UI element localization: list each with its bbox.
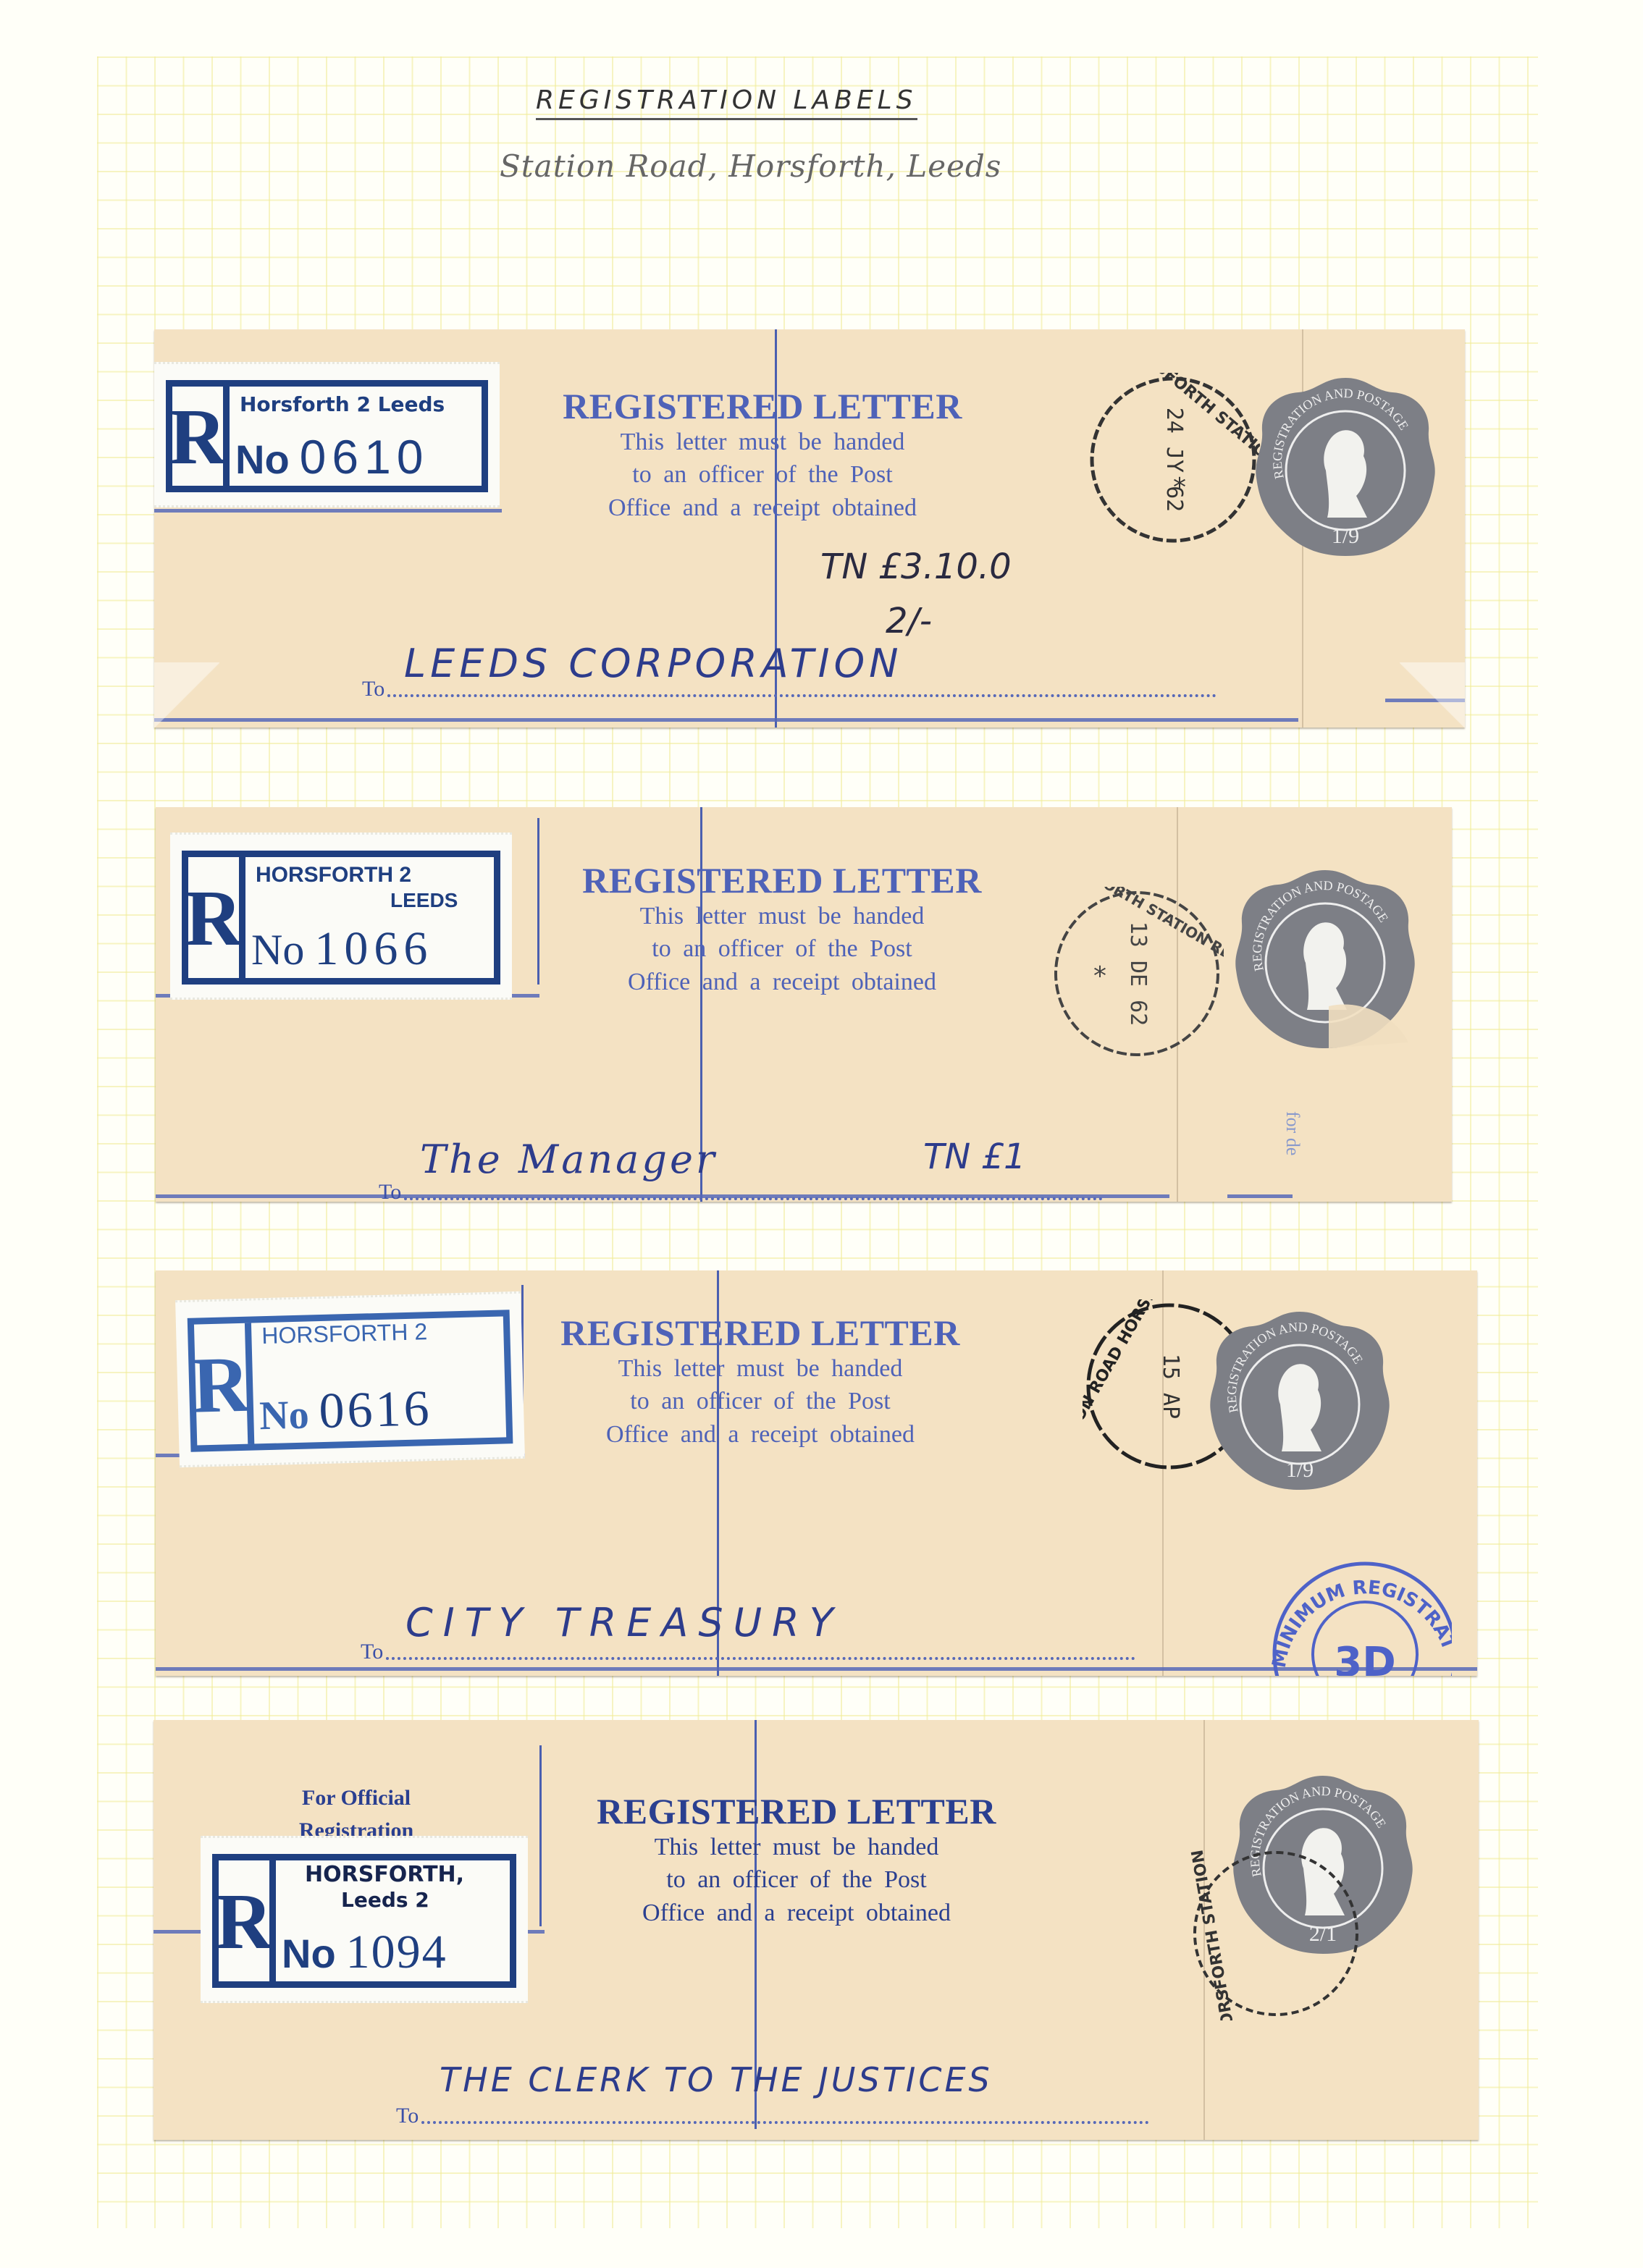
label-office: HORSFORTH, (305, 1862, 464, 1887)
notice-line-2: to an officer of the Post (558, 1385, 963, 1418)
label-number: 0610 (300, 429, 429, 484)
handwritten-fee: TN £3.10.0 (820, 547, 1012, 587)
notice-line-1: This letter must be handed (560, 426, 965, 459)
svg-text:15 AP: 15 AP (1158, 1354, 1183, 1419)
envelope-corner (154, 662, 219, 728)
notice-line-2: to an officer of the Post (560, 458, 965, 492)
notice-line-3: Office and a receipt obtained (579, 966, 985, 999)
label-no-prefix: No (259, 1392, 309, 1440)
notice-line-1: This letter must be handed (558, 1352, 963, 1386)
addressee: LEEDS CORPORATION (404, 641, 903, 686)
label-number: 0616 (319, 1380, 433, 1441)
minimum-registration-handstamp-icon: MINIMUM REGISTRATION 3D (1264, 1546, 1452, 1676)
label-number: 1094 (346, 1925, 447, 1980)
label-no-prefix: No (251, 925, 304, 975)
label-no-prefix: No (282, 1930, 336, 1977)
svg-text:*: * (1093, 961, 1106, 991)
notice-line-2: to an officer of the Post (594, 1863, 999, 1897)
label-r-mark: R (172, 387, 230, 486)
registered-letter-heading: REGISTERED LETTER (560, 387, 965, 426)
embossed-stamp-icon: 1/9 REGISTRATION AND POSTAGE (1202, 1303, 1398, 1498)
label-office: Horsforth 2 Leeds (240, 392, 445, 416)
registered-letter-notice: REGISTERED LETTER This letter must be ha… (560, 387, 965, 525)
notice-line-1: This letter must be handed (579, 900, 985, 933)
label-office-line-2: Leeds 2 (341, 1888, 429, 1912)
addressee: THE CLERK TO THE JUSTICES (440, 2060, 993, 2099)
envelope-corner (1400, 662, 1465, 728)
registered-letter-heading: REGISTERED LETTER (558, 1314, 963, 1352)
embossed-stamp-icon: REGISTRATION AND POSTAGE (1227, 861, 1423, 1057)
rule-line (154, 718, 1298, 722)
registration-label: R HORSFORTH 2 No 0616 (175, 1291, 525, 1467)
notice-line-3: Office and a receipt obtained (560, 492, 965, 525)
label-no-prefix: No (235, 436, 290, 483)
svg-text:*: * (1173, 473, 1186, 502)
registration-label: R HORSFORTH 2 LEEDS No 1066 (170, 832, 512, 1000)
svg-text:3D: 3D (1334, 1639, 1395, 1676)
address-line: To (379, 1180, 1103, 1205)
to-label: To (396, 2104, 419, 2128)
registered-letter-notice: REGISTERED LETTER This letter must be ha… (558, 1314, 963, 1451)
label-office: HORSFORTH 2 (256, 863, 411, 888)
postmark-icon: 24 JY 62 HORSFORTH STATION RD * (1086, 373, 1260, 547)
to-label: To (362, 677, 385, 701)
embossed-stamp-icon: 1/9 REGISTRATION AND POSTAGE (1248, 369, 1443, 565)
label-r-mark: R (188, 857, 245, 978)
label-r-mark: R (194, 1323, 254, 1446)
handwritten-fee: TN £1 (923, 1137, 1026, 1177)
to-label: To (361, 1640, 383, 1664)
postmark-icon: 13 DE 62 HORSFORTH STATION RD LEEDS * (1050, 887, 1224, 1061)
svg-text:13 DE 62: 13 DE 62 (1125, 922, 1151, 1026)
registered-letter-notice: REGISTERED LETTER This letter must be ha… (579, 861, 985, 999)
svg-text:HORSFORTH STATION: HORSFORTH STATION (1189, 1848, 1240, 2020)
notice-line-2: to an officer of the Post (579, 932, 985, 966)
label-number: 1066 (314, 922, 433, 977)
envelope-4: For Official Registration Label R HORSFO… (154, 1720, 1479, 2140)
svg-text:HORSFORTH STATION RD: HORSFORTH STATION RD (1122, 373, 1260, 490)
handwritten-fee-2: 2/- (886, 601, 932, 641)
registration-label: R HORSFORTH, Leeds 2 No 1094 (201, 1836, 528, 2003)
notice-line-3: Office and a receipt obtained (594, 1897, 999, 1930)
rule-line (1227, 1194, 1293, 1198)
envelope-1: R Horsforth 2 Leeds No 0610 REGISTERED L… (154, 329, 1465, 728)
envelope-2: R HORSFORTH 2 LEEDS No 1066 REGISTERED L… (156, 807, 1452, 1202)
svg-text:1/9: 1/9 (1286, 1458, 1314, 1482)
divider-line (539, 1745, 542, 1926)
side-print-text: for de (1282, 1111, 1303, 1155)
addressee: CITY TREASURY (406, 1600, 844, 1645)
address-line: To (396, 2104, 1149, 2128)
registered-letter-notice: REGISTERED LETTER This letter must be ha… (594, 1792, 999, 1930)
label-office-line-2: LEEDS (390, 889, 458, 912)
page-title: REGISTRATION LABELS (536, 85, 917, 120)
addressee: The Manager (420, 1137, 718, 1182)
notice-line-3: Office and a receipt obtained (558, 1418, 963, 1451)
label-office: HORSFORTH 2 (261, 1318, 428, 1349)
page-subtitle: Station Road, Horsforth, Leeds (500, 148, 1001, 184)
registered-letter-heading: REGISTERED LETTER (579, 861, 985, 900)
postmark-icon: HORSFORTH STATION (1189, 1847, 1363, 2020)
divider-line (537, 818, 539, 985)
to-label: To (379, 1180, 401, 1205)
notice-line-1: This letter must be handed (594, 1831, 999, 1864)
svg-text:1/9: 1/9 (1332, 524, 1359, 548)
registration-label: R Horsforth 2 Leeds No 0610 (154, 362, 500, 507)
registered-letter-heading: REGISTERED LETTER (594, 1792, 999, 1831)
envelope-3: R HORSFORTH 2 No 0616 REGISTERED LETTER … (156, 1270, 1477, 1676)
rule-line (154, 509, 502, 513)
official-line-1: For Official (284, 1782, 429, 1814)
label-r-mark: R (219, 1860, 276, 1981)
